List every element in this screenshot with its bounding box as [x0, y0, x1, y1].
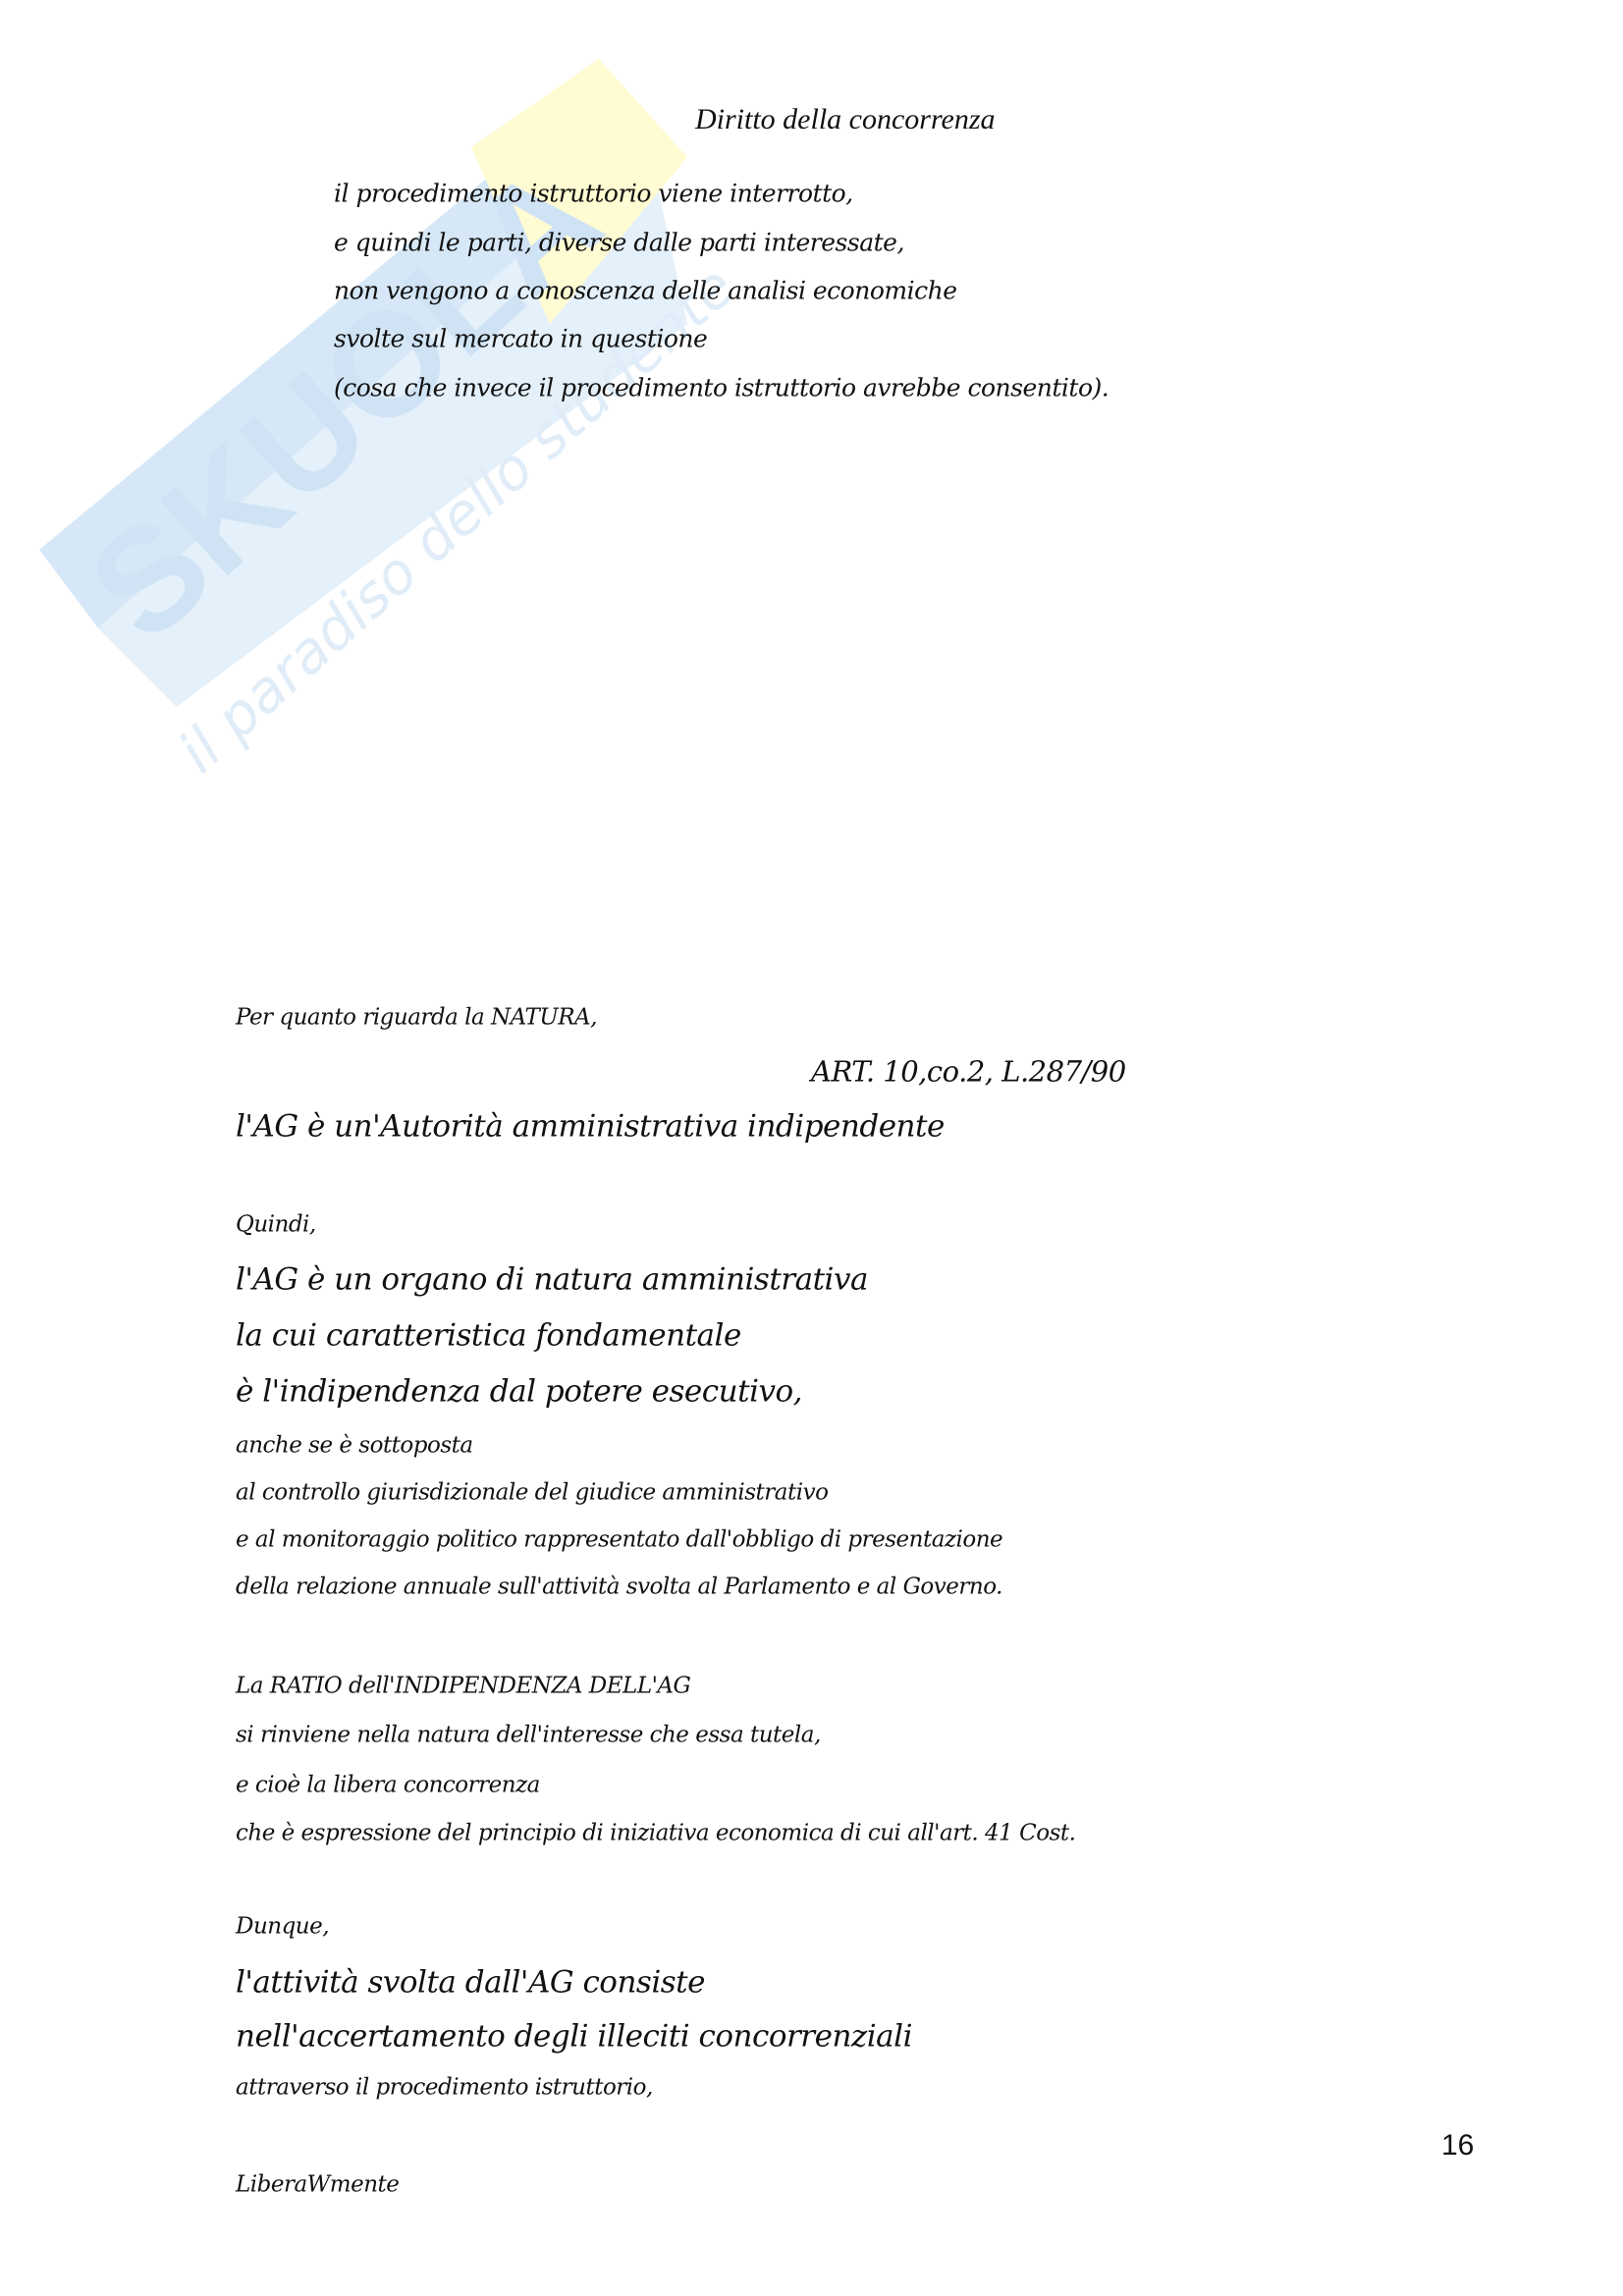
intro-line: (cosa che invece il procedimento istrutt…	[334, 376, 1109, 400]
dunque-large-line: l'attività svolta dall'AG consiste	[236, 1968, 705, 1999]
dunque-lead: Dunque,	[236, 1916, 329, 1939]
natura-lead: Per quanto riguarda la NATURA,	[236, 1007, 597, 1030]
quindi-small-line: e al monitoraggio politico rappresentato…	[236, 1529, 1002, 1552]
intro-line: il procedimento istruttorio viene interr…	[334, 182, 853, 206]
natura-statement: l'AG è un'Autorità amministrativa indipe…	[236, 1112, 945, 1143]
ratio-line: e cioè la libera concorrenza	[236, 1775, 540, 1797]
quindi-large-line: la cui caratteristica fondamentale	[236, 1321, 741, 1352]
ratio-line: si rinviene nella natura dell'interesse …	[236, 1725, 821, 1747]
quindi-small-line: della relazione annuale sull'attività sv…	[236, 1576, 1002, 1599]
quindi-small-line: al controllo giurisdizionale del giudice…	[236, 1482, 828, 1505]
quindi-lead: Quindi,	[236, 1214, 316, 1237]
dunque-large-line: nell'accertamento degli illeciti concorr…	[236, 2022, 912, 2053]
quindi-large-line: è l'indipendenza dal potere esecutivo,	[236, 1377, 802, 1408]
page-number: 16	[1441, 2129, 1474, 2163]
page-header-title: Diritto della concorrenza	[695, 105, 996, 134]
legal-reference: ART. 10,co.2, L.287/90	[811, 1058, 1126, 1087]
dunque-small-line: attraverso il procedimento istruttorio,	[236, 2077, 653, 2100]
quindi-large-line: l'AG è un organo di natura amministrativ…	[236, 1265, 868, 1296]
footer-author: LiberaWmente	[236, 2174, 399, 2197]
intro-line: non vengono a conoscenza delle analisi e…	[334, 279, 956, 303]
quindi-small-line: anche se è sottoposta	[236, 1435, 473, 1458]
intro-line: e quindi le parti, diverse dalle parti i…	[334, 231, 904, 255]
watermark-logo: SKUOLA il paradiso dello studente	[0, 0, 1623, 2296]
ratio-line: che è espressione del principio di inizi…	[236, 1823, 1075, 1845]
ratio-line: La RATIO dell'INDIPENDENZA DELL'AG	[236, 1676, 690, 1698]
intro-line: svolte sul mercato in questione	[334, 327, 707, 351]
